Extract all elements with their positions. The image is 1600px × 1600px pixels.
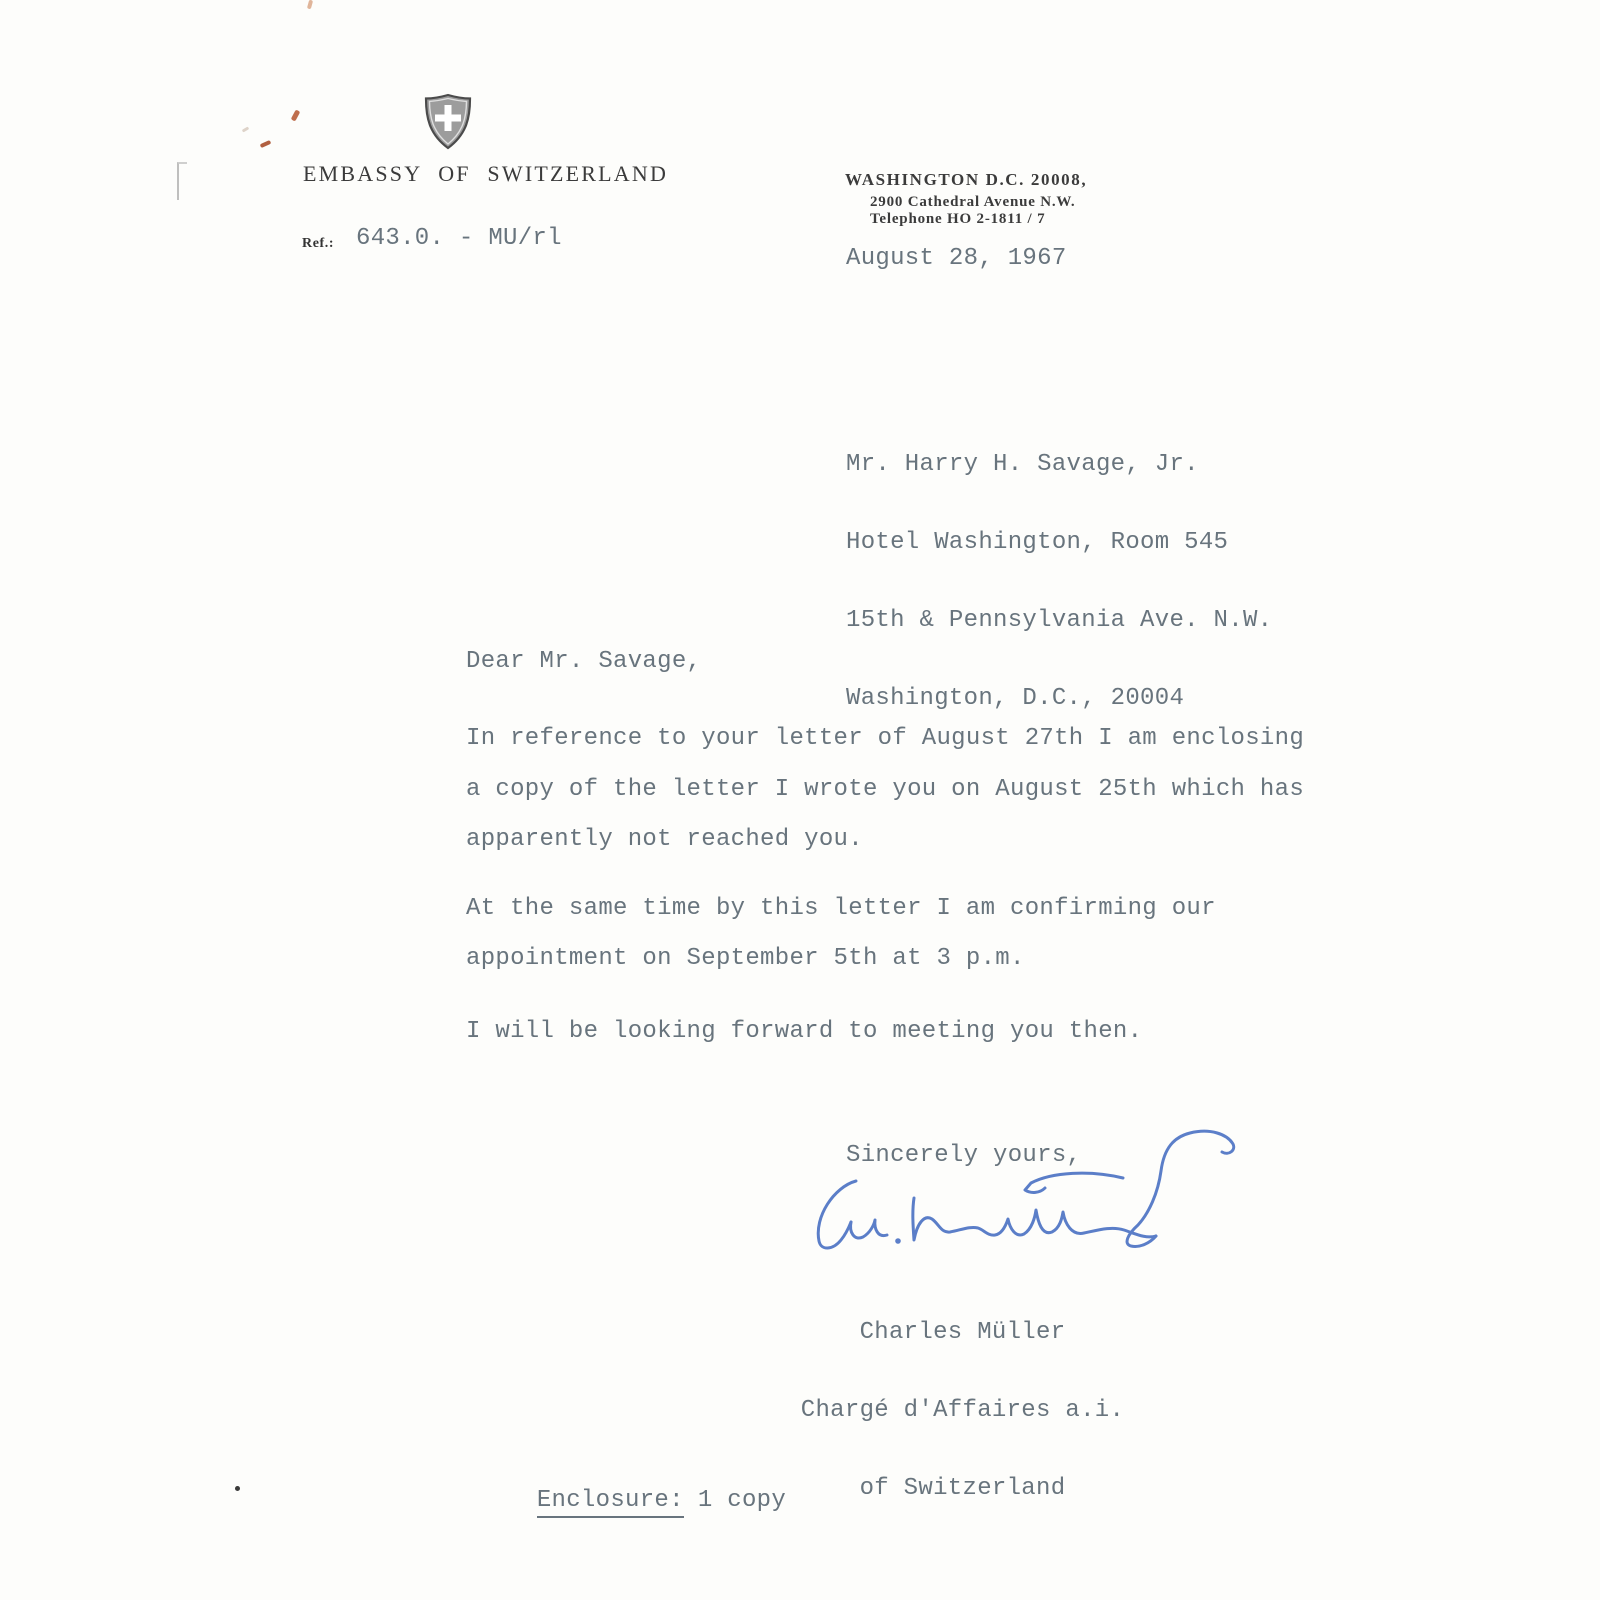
body-line: In reference to your letter of August 27… <box>466 725 1304 752</box>
body-line: appointment on September 5th at 3 p.m. <box>466 945 1025 972</box>
letterhead-street: 2900 Cathedral Avenue N.W. <box>870 194 1075 211</box>
salutation: Dear Mr. Savage, <box>466 648 701 675</box>
enclosure-value: 1 copy <box>698 1487 786 1514</box>
scan-mark-bracket <box>177 162 187 200</box>
recipient-line: 15th & Pennsylvania Ave. N.W. <box>846 608 1272 634</box>
body-line: apparently not reached you. <box>466 826 863 853</box>
enclosure-line: Enclosure:1 copy <box>478 1460 786 1541</box>
recipient-line: Hotel Washington, Room 545 <box>846 530 1272 556</box>
date-line: August 28, 1967 <box>846 245 1067 272</box>
ink-speck <box>307 0 313 9</box>
swiss-shield-icon <box>424 93 472 151</box>
recipient-line: Washington, D.C., 20004 <box>846 686 1272 712</box>
ink-speck <box>291 109 301 121</box>
signer-title-1: Chargé d'Affaires a.i. <box>795 1398 1130 1424</box>
enclosure-label: Enclosure: <box>537 1487 684 1518</box>
letterhead-phone: Telephone HO 2-1811 / 7 <box>870 211 1045 228</box>
letter-page: EMBASSY OF SWITZERLAND WASHINGTON D.C. 2… <box>0 0 1600 1600</box>
signer-block: Charles Müller Chargé d'Affaires a.i. of… <box>795 1268 1130 1554</box>
ink-speck <box>260 140 272 148</box>
recipient-line: Mr. Harry H. Savage, Jr. <box>846 452 1272 478</box>
recipient-address: Mr. Harry H. Savage, Jr. Hotel Washingto… <box>846 400 1272 764</box>
signer-title-2: of Switzerland <box>795 1476 1130 1502</box>
body-line: I will be looking forward to meeting you… <box>466 1018 1142 1045</box>
handwritten-signature <box>790 1115 1320 1265</box>
embassy-title: EMBASSY OF SWITZERLAND <box>303 161 668 187</box>
ref-label: Ref.: <box>302 236 334 252</box>
ref-value: 643.0. - MU/rl <box>356 225 562 252</box>
signer-name: Charles Müller <box>795 1320 1130 1346</box>
body-line: At the same time by this letter I am con… <box>466 895 1216 922</box>
letterhead-city: WASHINGTON D.C. 20008, <box>845 170 1087 190</box>
scan-dot <box>235 1486 240 1491</box>
ink-speck <box>242 126 250 132</box>
body-line: a copy of the letter I wrote you on Augu… <box>466 776 1304 803</box>
